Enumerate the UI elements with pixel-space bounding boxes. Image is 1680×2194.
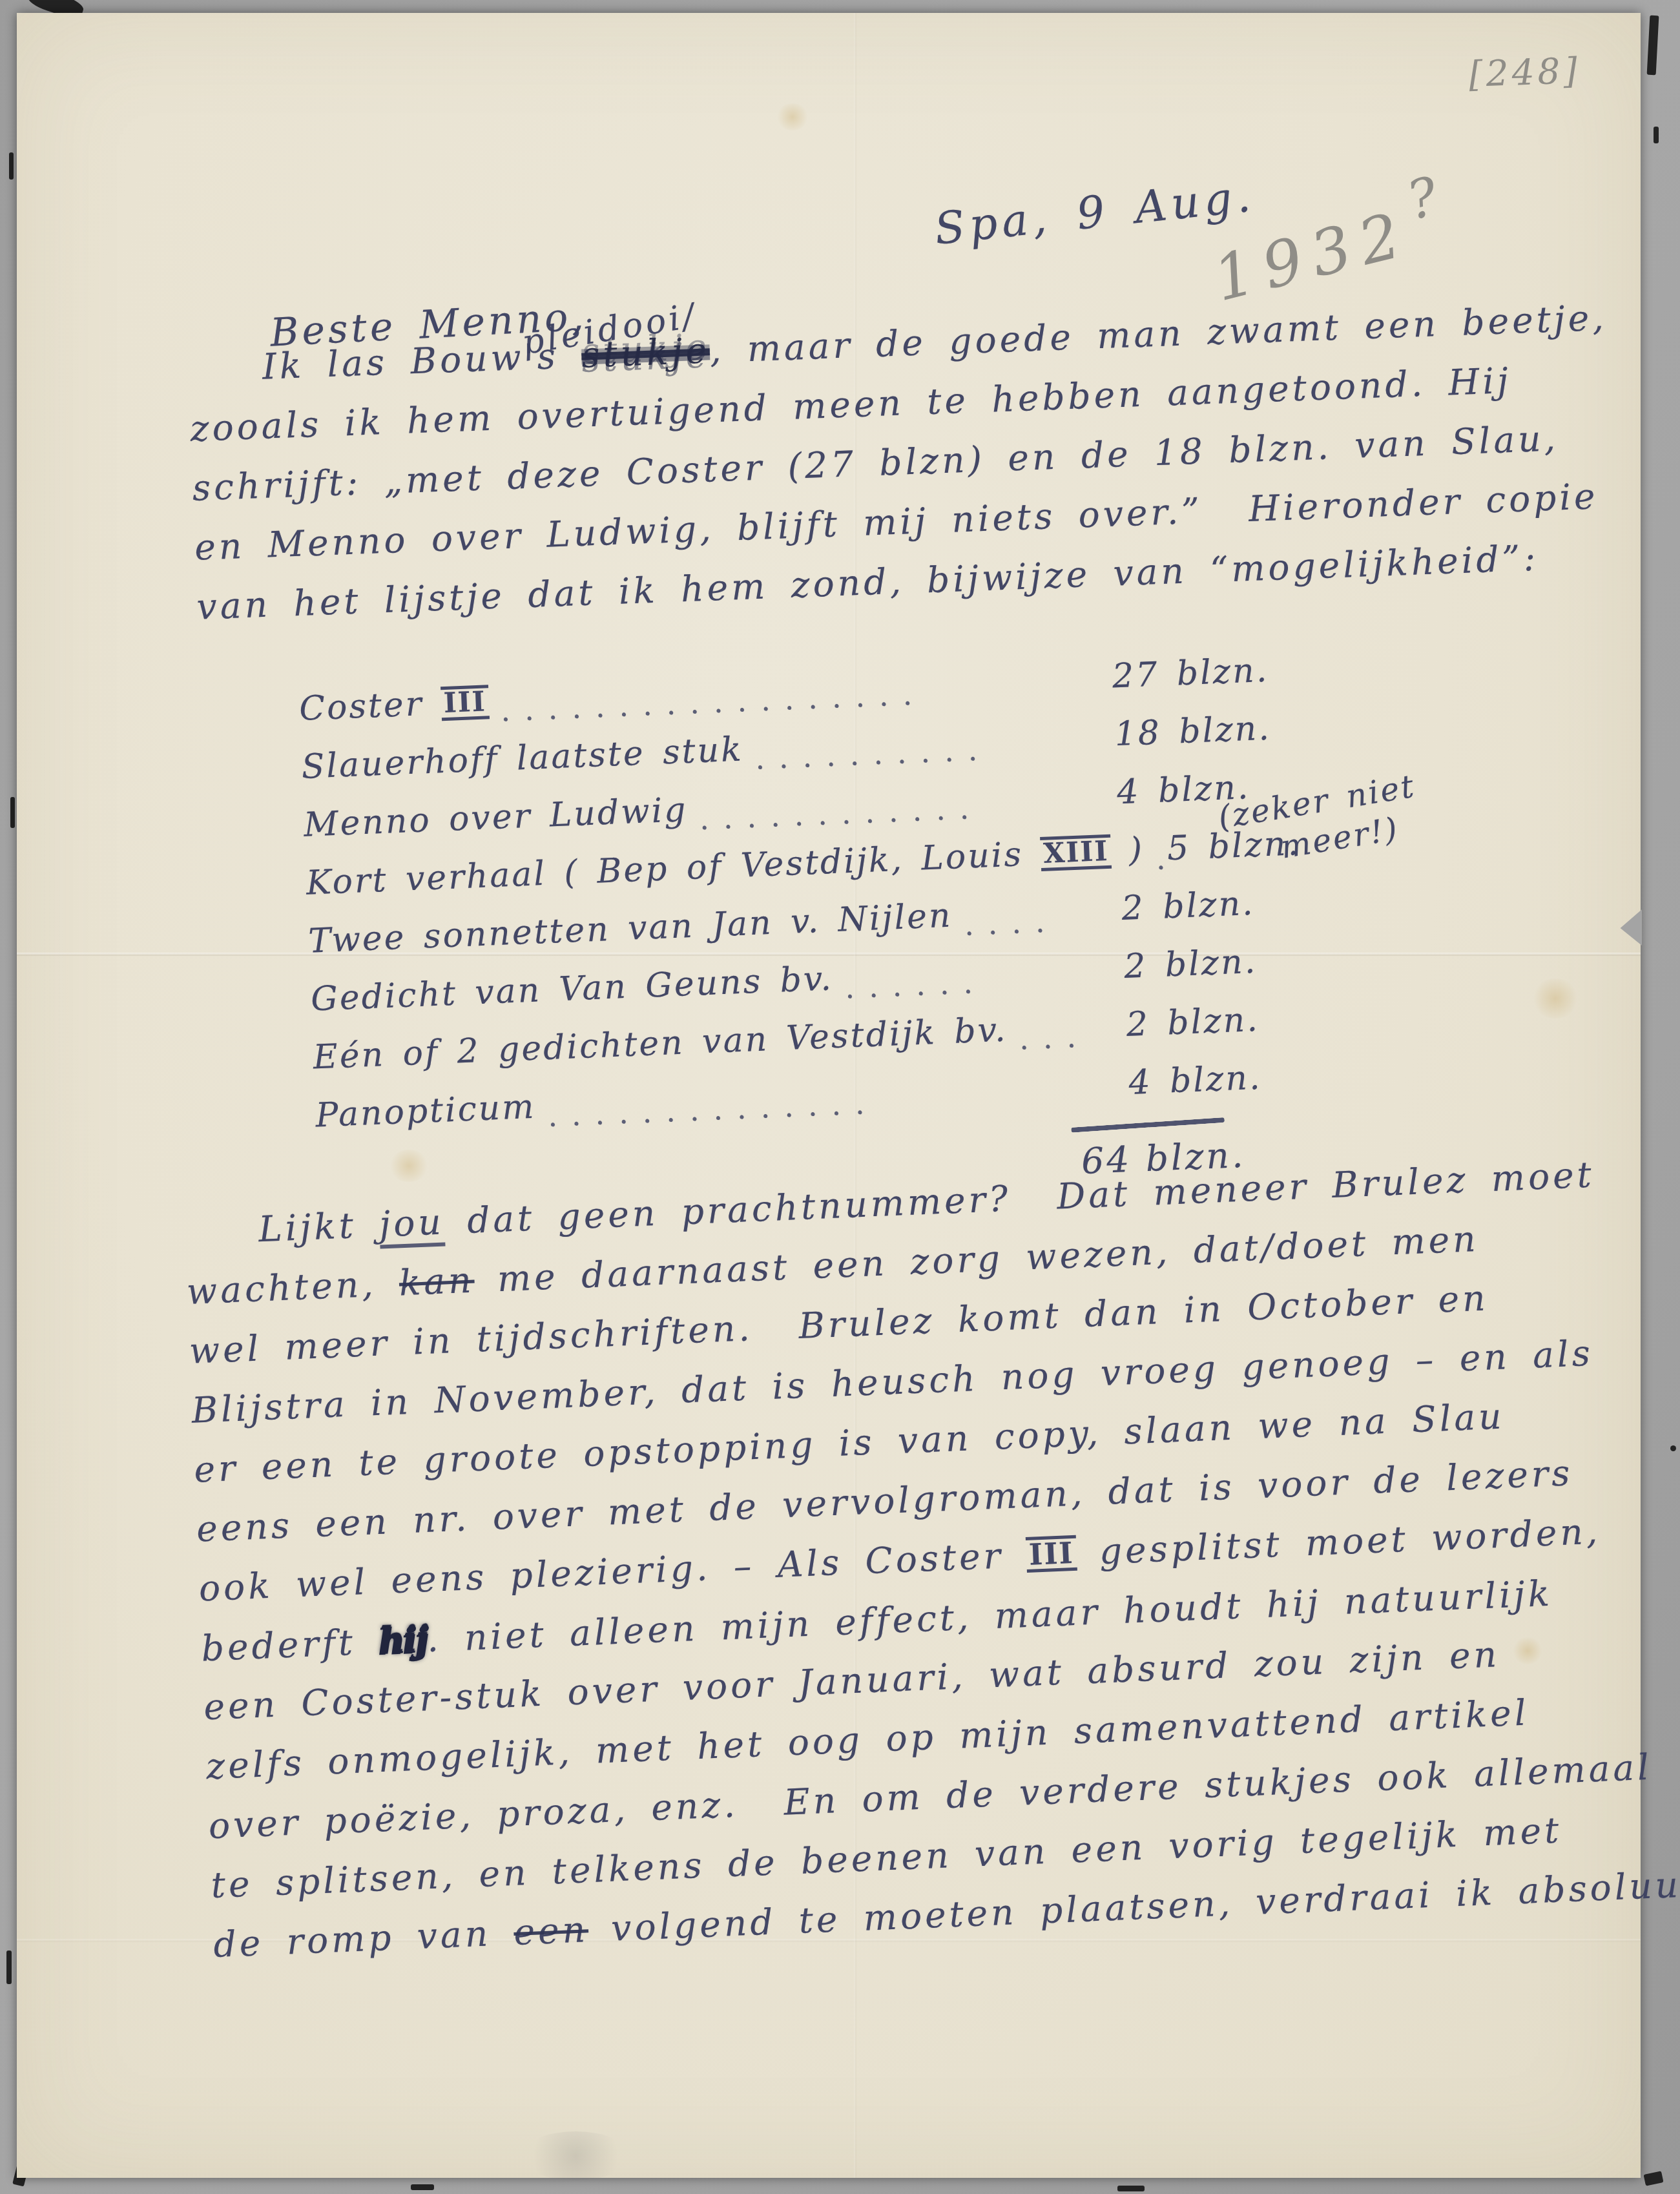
text-run: Panopticum bbox=[315, 1088, 536, 1135]
paper-notch bbox=[1617, 909, 1642, 946]
scan-speck bbox=[10, 797, 15, 828]
dot-leader: .......... bbox=[743, 727, 1116, 776]
text-run: wachten, bbox=[186, 1262, 400, 1312]
paper-smudge bbox=[521, 2131, 630, 2180]
page-count: 2 blzn. bbox=[1121, 881, 1335, 928]
roman-numeral: III bbox=[441, 685, 490, 721]
scan-speck bbox=[1647, 16, 1659, 76]
contents-list-rows: Coster III..................27 blzn.Slau… bbox=[298, 648, 1343, 1154]
inked-over-word: hij bbox=[378, 1618, 428, 1662]
dot-leader: .. bbox=[1144, 841, 1168, 876]
list-item-label: Panopticum bbox=[315, 1088, 536, 1135]
page-number-annotation: [248] bbox=[1468, 50, 1581, 95]
underlined-word: jou bbox=[379, 1201, 445, 1248]
roman-numeral: XIII bbox=[1040, 834, 1112, 871]
dot-leader: .... bbox=[952, 901, 1123, 942]
list-item-label: Coster III bbox=[298, 682, 490, 729]
paper-stain bbox=[776, 103, 809, 130]
scan-speck bbox=[9, 152, 14, 180]
page-count: 2 blzn. bbox=[1126, 997, 1340, 1044]
text-run: Lijkt bbox=[258, 1204, 380, 1250]
dateline: Spa, 9 Aug. bbox=[932, 171, 1257, 255]
scan-speck bbox=[1654, 127, 1659, 143]
struck-word: kan bbox=[399, 1259, 475, 1304]
paper-stain bbox=[1531, 978, 1579, 1019]
paragraph-1: Ik las Bouw's stukjepleidooi/, maar de g… bbox=[187, 296, 1617, 645]
page-count: 27 blzn. bbox=[1112, 648, 1326, 696]
page-count: 4 blzn. bbox=[1128, 1055, 1342, 1102]
dot-leader: .............. bbox=[535, 1075, 1130, 1134]
paper-sheet: [248] Spa, 9 Aug. 1932? Beste Menno, Ik … bbox=[17, 13, 1641, 2178]
text-run: bederft bbox=[200, 1620, 379, 1669]
scan-speck bbox=[1117, 2186, 1145, 2191]
roman-numeral: III bbox=[1026, 1535, 1077, 1573]
struck-word: een bbox=[513, 1909, 589, 1953]
scan-speck bbox=[411, 2184, 434, 2190]
text-run: , maar de goede man zwamt een beetje, bbox=[709, 296, 1608, 371]
dot-leader: ...... bbox=[833, 959, 1125, 1006]
page-count: 18 blzn. bbox=[1114, 707, 1329, 754]
scan-backdrop: [248] Spa, 9 Aug. 1932? Beste Menno, Ik … bbox=[0, 0, 1680, 2194]
text-run: ) bbox=[1110, 831, 1145, 871]
dot-leader: ... bbox=[1007, 1017, 1128, 1057]
paragraph-2: Lijkt jou dat geen prachtnummer? Dat men… bbox=[183, 1150, 1680, 1983]
year-question-mark: ? bbox=[1402, 166, 1444, 233]
scan-speck bbox=[6, 1951, 12, 1984]
contents-list: Coster III..................27 blzn.Slau… bbox=[298, 648, 1345, 1212]
text-run: Coster bbox=[298, 684, 442, 729]
page-count: 2 blzn. bbox=[1123, 939, 1338, 986]
dot-leader: ............ bbox=[687, 785, 1118, 837]
scan-speck bbox=[1643, 2171, 1663, 2186]
